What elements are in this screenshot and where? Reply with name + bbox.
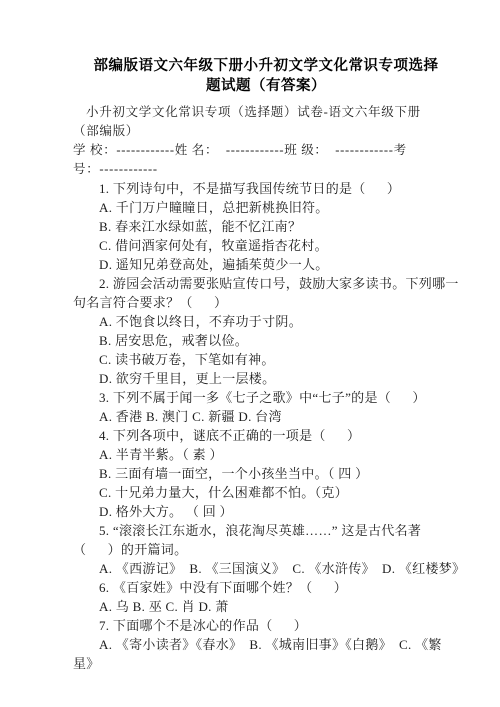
question-2-stem-line: 2. 游园会活动需要张贴宣传口号，鼓励大家多读书。下列哪一 (73, 274, 459, 293)
exam-subtitle: 小升初文学文化常识专项（选择题）试卷-语文六年级下册 （部编版） 学 校：---… (73, 103, 459, 179)
exam-page: 部编版语文六年级下册小升初文学文化常识专项选择 题试题（有答案） 小升初文学文化… (73, 56, 459, 673)
question-1-option-line: B. 春来江水绿如蓝，能不忆江南？ (73, 217, 459, 236)
question-2-stem-line: 句名言符合要求？（ ） (73, 293, 459, 312)
question-2-option-line: A. 不饱食以终日，不弃功于寸阴。 (73, 312, 459, 331)
question-5-option-line: A. 《西游记》 B. 《三国演义》 C. 《水浒传》 D. 《红楼梦》 (73, 559, 459, 578)
question-1-option-line: A. 千门万户瞳瞳日，总把新桃换旧符。 (73, 198, 459, 217)
page-title: 部编版语文六年级下册小升初文学文化常识专项选择 题试题（有答案） (73, 56, 459, 96)
title-line-1: 部编版语文六年级下册小升初文学文化常识专项选择 (73, 56, 459, 76)
question-2-option-line: B. 居安思危，戒奢以俭。 (73, 331, 459, 350)
question-6-option-line: A. 乌 B. 巫 C. 肖 D. 萧 (73, 597, 459, 616)
question-5-stem-line: 5. “滚滚长江东逝水，浪花淘尽英雄……” 这是古代名著 (73, 521, 459, 540)
subtitle-line-2: （部编版） (73, 122, 459, 141)
question-4-option-line: A. 半青半紫。（ 素 ） (73, 445, 459, 464)
question-5-stem-line: （ ）的开篇词。 (73, 540, 459, 559)
question-4-stem-line: 4. 下列各项中，谜底不正确的一项是（ ） (73, 426, 459, 445)
question-4-option-line: D. 格外大方。 （ 回 ） (73, 502, 459, 521)
question-3-option-line: A. 香港 B. 澳门 C. 新疆 D. 台湾 (73, 407, 459, 426)
question-4-option-line: C. 十兄弟力量大，什么困难都不怕。（克） (73, 483, 459, 502)
question-6-stem-line: 6. 《百家姓》中没有下面哪个姓？（ ） (73, 578, 459, 597)
question-3-stem-line: 3. 下列不属于闻一多《七子之歌》中“七子”的是（ ） (73, 388, 459, 407)
question-7-option-line: A. 《寄小读者》《春水》 B. 《城南旧事》《白鹅》 C. 《繁星》 (73, 635, 459, 673)
subtitle-line-1: 小升初文学文化常识专项（选择题）试卷-语文六年级下册 (73, 103, 459, 122)
question-1-stem-line: 1. 下列诗句中，不是描写我国传统节日的是（ ） (73, 179, 459, 198)
question-1-option-line: D. 遥知兄弟登高处，遍插茱萸少一人。 (73, 255, 459, 274)
question-4-option-line: B. 三面有墙一面空，一个小孩坐当中。（ 四 ） (73, 464, 459, 483)
title-line-2: 题试题（有答案） (73, 76, 459, 96)
question-1-option-line: C. 借问酒家何处有，牧童遥指杏花村。 (73, 236, 459, 255)
question-2-option-line: D. 欲穷千里目，更上一层楼。 (73, 369, 459, 388)
question-7-stem-line: 7. 下面哪个不是冰心的作品（ ） (73, 616, 459, 635)
questions: 1. 下列诗句中，不是描写我国传统节日的是（ ）A. 千门万户瞳瞳日，总把新桃换… (73, 179, 459, 673)
student-info-line-school-name-class: 学 校：------------姓 名： ------------班 级： --… (73, 141, 459, 160)
student-info-line-exam-number: 号：------------ (73, 160, 459, 179)
question-2-option-line: C. 读书破万卷，下笔如有神。 (73, 350, 459, 369)
